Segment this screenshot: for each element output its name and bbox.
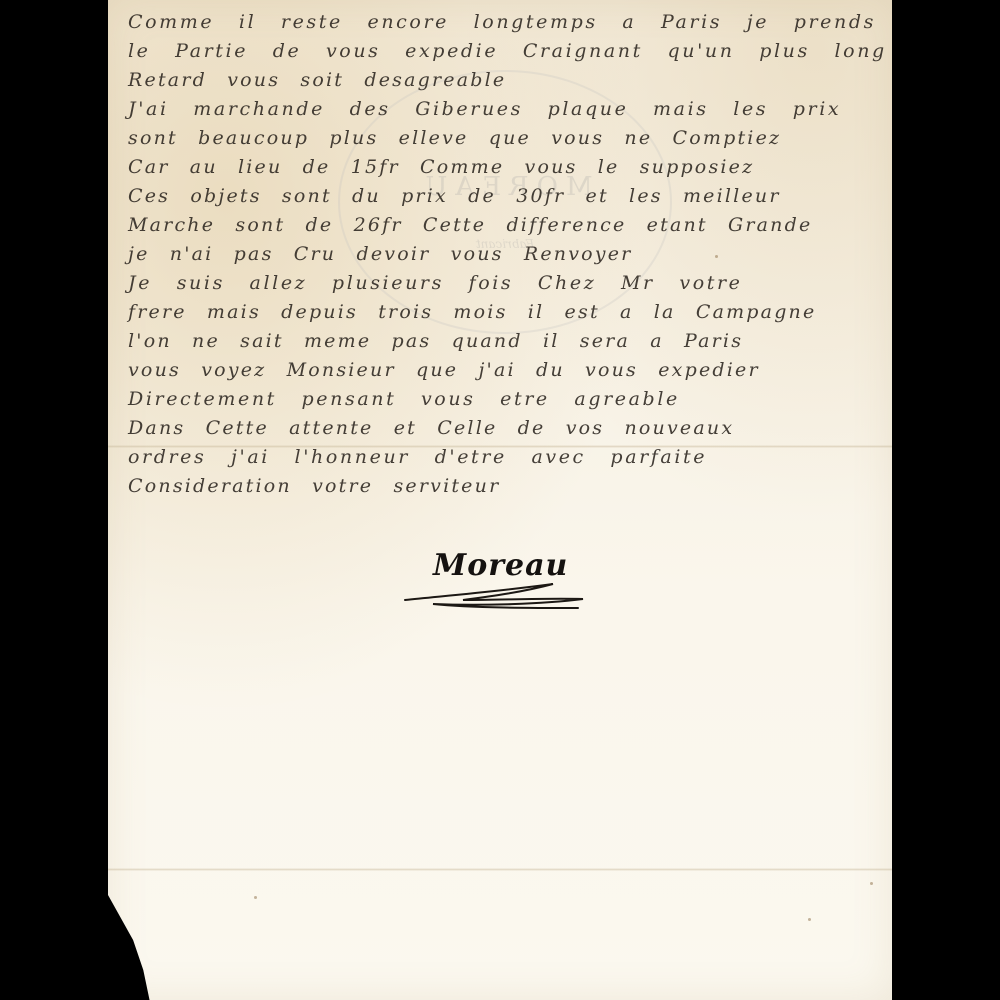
- letter-line: J'ai marchande des Giberues plaque mais …: [128, 95, 888, 124]
- paper-speck: [808, 918, 811, 921]
- letter-line: Ces objets sont du prix de 30fr et les m…: [128, 182, 888, 211]
- letter-line: Comme il reste encore longtemps a Paris …: [128, 8, 888, 37]
- letter-line: vous voyez Monsieur que j'ai du vous exp…: [128, 356, 888, 385]
- paper-speck: [254, 896, 257, 899]
- letter-line: Dans Cette attente et Celle de vos nouve…: [128, 414, 888, 443]
- letter-line: je n'ai pas Cru devoir vous Renvoyer: [128, 240, 888, 269]
- letter-line: Je suis allez plusieurs fois Chez Mr vot…: [128, 269, 888, 298]
- fold-crease: [108, 868, 892, 871]
- letter-body: Comme il reste encore longtemps a Paris …: [128, 8, 888, 501]
- letter-line: Directement pensant vous etre agreable: [128, 385, 888, 414]
- paper-speck: [715, 255, 718, 258]
- scanned-letter: MOREAU Fabricant Comme il reste encore l…: [0, 0, 1000, 1000]
- letter-line: le Partie de vous expedie Craignant qu'u…: [128, 37, 888, 66]
- letter-line: ordres j'ai l'honneur d'etre avec parfai…: [128, 443, 888, 472]
- signature: Moreau: [403, 548, 603, 618]
- signature-flourish-icon: [403, 578, 603, 618]
- letter-line: Car au lieu de 15fr Comme vous le suppos…: [128, 153, 888, 182]
- paper-sheet: MOREAU Fabricant Comme il reste encore l…: [108, 0, 892, 1000]
- letter-line: frere mais depuis trois mois il est a la…: [128, 298, 888, 327]
- letter-line: l'on ne sait meme pas quand il sera a Pa…: [128, 327, 888, 356]
- letter-line: Consideration votre serviteur: [128, 472, 888, 501]
- letter-line: Marche sont de 26fr Cette difference eta…: [128, 211, 888, 240]
- letter-line: Retard vous soit desagreable: [128, 66, 888, 95]
- letter-line: sont beaucoup plus elleve que vous ne Co…: [128, 124, 888, 153]
- paper-speck: [870, 882, 873, 885]
